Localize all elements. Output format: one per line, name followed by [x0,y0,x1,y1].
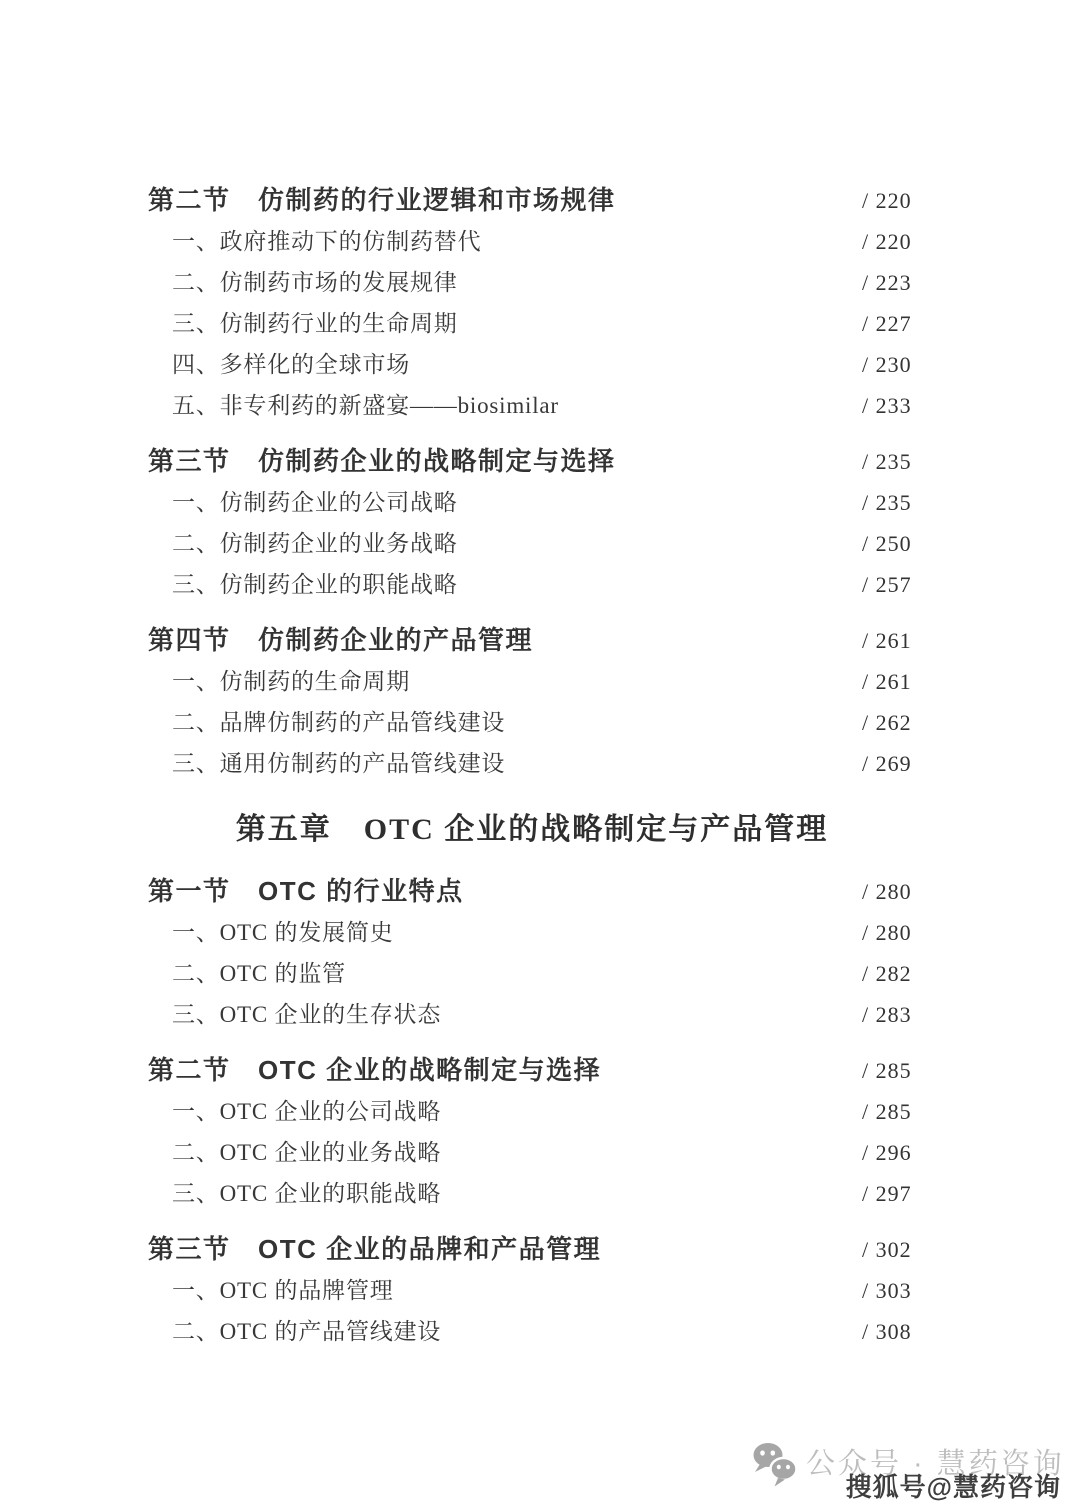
toc-item-page-number: / 220 [862,221,916,262]
toc-item-title: 一、OTC 的发展简史 [148,912,862,953]
toc-item-title: 三、仿制药行业的生命周期 [148,303,862,344]
toc-item: 一、政府推动下的仿制药替代/ 220 [148,221,916,262]
toc-item-page-number: / 296 [862,1132,916,1173]
toc-item-page-number: / 257 [862,564,916,605]
book-toc-page: 第二节 仿制药的行业逻辑和市场规律/ 220一、政府推动下的仿制药替代/ 220… [0,0,1080,1510]
toc-section-heading: 第二节 仿制药的行业逻辑和市场规律/ 220 [148,180,916,221]
toc-item-page-number: / 280 [862,912,916,953]
toc-section-block: 第三节 OTC 企业的品牌和产品管理/ 302一、OTC 的品牌管理/ 303二… [148,1229,916,1352]
toc-item-page-number: / 235 [862,482,916,523]
toc-item-title: 二、OTC 的监管 [148,953,862,994]
toc-item: 二、OTC 企业的业务战略/ 296 [148,1132,916,1173]
toc-item-page-number: / 227 [862,303,916,344]
toc-item-page-number: / 250 [862,523,916,564]
toc-section-heading-page-number: / 285 [862,1050,916,1091]
toc-item-page-number: / 233 [862,385,916,426]
toc-item: 二、OTC 的监管/ 282 [148,953,916,994]
toc-section-heading-page-number: / 261 [862,620,916,661]
toc-section-heading-title: 第一节 OTC 的行业特点 [148,871,862,912]
toc-item: 三、仿制药企业的职能战略/ 257 [148,564,916,605]
toc-section-heading-title: 第三节 OTC 企业的品牌和产品管理 [148,1229,862,1270]
toc-section-heading-title: 第二节 OTC 企业的战略制定与选择 [148,1050,862,1091]
toc-item-title: 一、仿制药企业的公司战略 [148,482,862,523]
toc-item-title: 一、政府推动下的仿制药替代 [148,221,862,262]
toc-item: 三、OTC 企业的生存状态/ 283 [148,994,916,1035]
toc-item-page-number: / 283 [862,994,916,1035]
toc-section-heading-page-number: / 302 [862,1229,916,1270]
toc-item: 二、仿制药企业的业务战略/ 250 [148,523,916,564]
toc-section-heading-page-number: / 220 [862,180,916,221]
toc-item: 三、仿制药行业的生命周期/ 227 [148,303,916,344]
toc-item-page-number: / 223 [862,262,916,303]
toc-item: 一、仿制药企业的公司战略/ 235 [148,482,916,523]
toc-section-heading-page-number: / 235 [862,441,916,482]
toc-item-title: 四、多样化的全球市场 [148,344,862,385]
toc-item-page-number: / 303 [862,1270,916,1311]
toc-item-title: 三、OTC 企业的职能战略 [148,1173,862,1214]
toc-item: 五、非专利药的新盛宴——biosimilar/ 233 [148,385,916,426]
toc-item: 一、仿制药的生命周期/ 261 [148,661,916,702]
sohu-watermark: 搜狐号@慧药咨询 [846,1469,1061,1505]
toc-item: 一、OTC 的发展简史/ 280 [148,912,916,953]
toc-item: 四、多样化的全球市场/ 230 [148,344,916,385]
toc-item: 一、OTC 的品牌管理/ 303 [148,1270,916,1311]
toc-item: 一、OTC 企业的公司战略/ 285 [148,1091,916,1132]
toc-item-title: 二、品牌仿制药的产品管线建设 [148,702,862,743]
toc-section-block: 第一节 OTC 的行业特点/ 280一、OTC 的发展简史/ 280二、OTC … [148,871,916,1035]
toc-item-page-number: / 297 [862,1173,916,1214]
toc-section-block: 第二节 OTC 企业的战略制定与选择/ 285一、OTC 企业的公司战略/ 28… [148,1050,916,1214]
toc-item-page-number: / 285 [862,1091,916,1132]
toc-item-title: 二、OTC 企业的业务战略 [148,1132,862,1173]
toc-item-page-number: / 262 [862,702,916,743]
toc-section-heading-page-number: / 280 [862,871,916,912]
toc-item: 二、仿制药市场的发展规律/ 223 [148,262,916,303]
chapter-heading: 第五章 OTC 企业的战略制定与产品管理 [148,804,916,856]
toc: 第二节 仿制药的行业逻辑和市场规律/ 220一、政府推动下的仿制药替代/ 220… [148,180,916,1352]
toc-item-page-number: / 261 [862,661,916,702]
toc-item-title: 一、仿制药的生命周期 [148,661,862,702]
wechat-icon [751,1441,799,1493]
toc-item: 三、通用仿制药的产品管线建设/ 269 [148,743,916,784]
toc-section-block: 第三节 仿制药企业的战略制定与选择/ 235一、仿制药企业的公司战略/ 235二… [148,441,916,605]
toc-section-heading: 第三节 仿制药企业的战略制定与选择/ 235 [148,441,916,482]
toc-item-title: 二、仿制药企业的业务战略 [148,523,862,564]
toc-item-title: 三、通用仿制药的产品管线建设 [148,743,862,784]
toc-section-heading: 第三节 OTC 企业的品牌和产品管理/ 302 [148,1229,916,1270]
toc-item-title: 三、OTC 企业的生存状态 [148,994,862,1035]
toc-section-heading: 第四节 仿制药企业的产品管理/ 261 [148,620,916,661]
toc-section-block: 第二节 仿制药的行业逻辑和市场规律/ 220一、政府推动下的仿制药替代/ 220… [148,180,916,426]
toc-item-page-number: / 269 [862,743,916,784]
toc-section-heading-title: 第四节 仿制药企业的产品管理 [148,620,862,661]
toc-item-title: 二、仿制药市场的发展规律 [148,262,862,303]
toc-section-heading: 第一节 OTC 的行业特点/ 280 [148,871,916,912]
toc-item-title: 一、OTC 的品牌管理 [148,1270,862,1311]
toc-item-title: 二、OTC 的产品管线建设 [148,1311,862,1352]
toc-section-heading: 第二节 OTC 企业的战略制定与选择/ 285 [148,1050,916,1091]
toc-item-title: 五、非专利药的新盛宴——biosimilar [148,385,862,426]
toc-item-page-number: / 282 [862,953,916,994]
toc-item-title: 三、仿制药企业的职能战略 [148,564,862,605]
toc-section-heading-title: 第二节 仿制药的行业逻辑和市场规律 [148,180,862,221]
toc-section-heading-title: 第三节 仿制药企业的战略制定与选择 [148,441,862,482]
toc-item: 二、品牌仿制药的产品管线建设/ 262 [148,702,916,743]
toc-item: 三、OTC 企业的职能战略/ 297 [148,1173,916,1214]
toc-section-block: 第四节 仿制药企业的产品管理/ 261一、仿制药的生命周期/ 261二、品牌仿制… [148,620,916,784]
toc-item-page-number: / 308 [862,1311,916,1352]
toc-item: 二、OTC 的产品管线建设/ 308 [148,1311,916,1352]
toc-item-title: 一、OTC 企业的公司战略 [148,1091,862,1132]
toc-item-page-number: / 230 [862,344,916,385]
